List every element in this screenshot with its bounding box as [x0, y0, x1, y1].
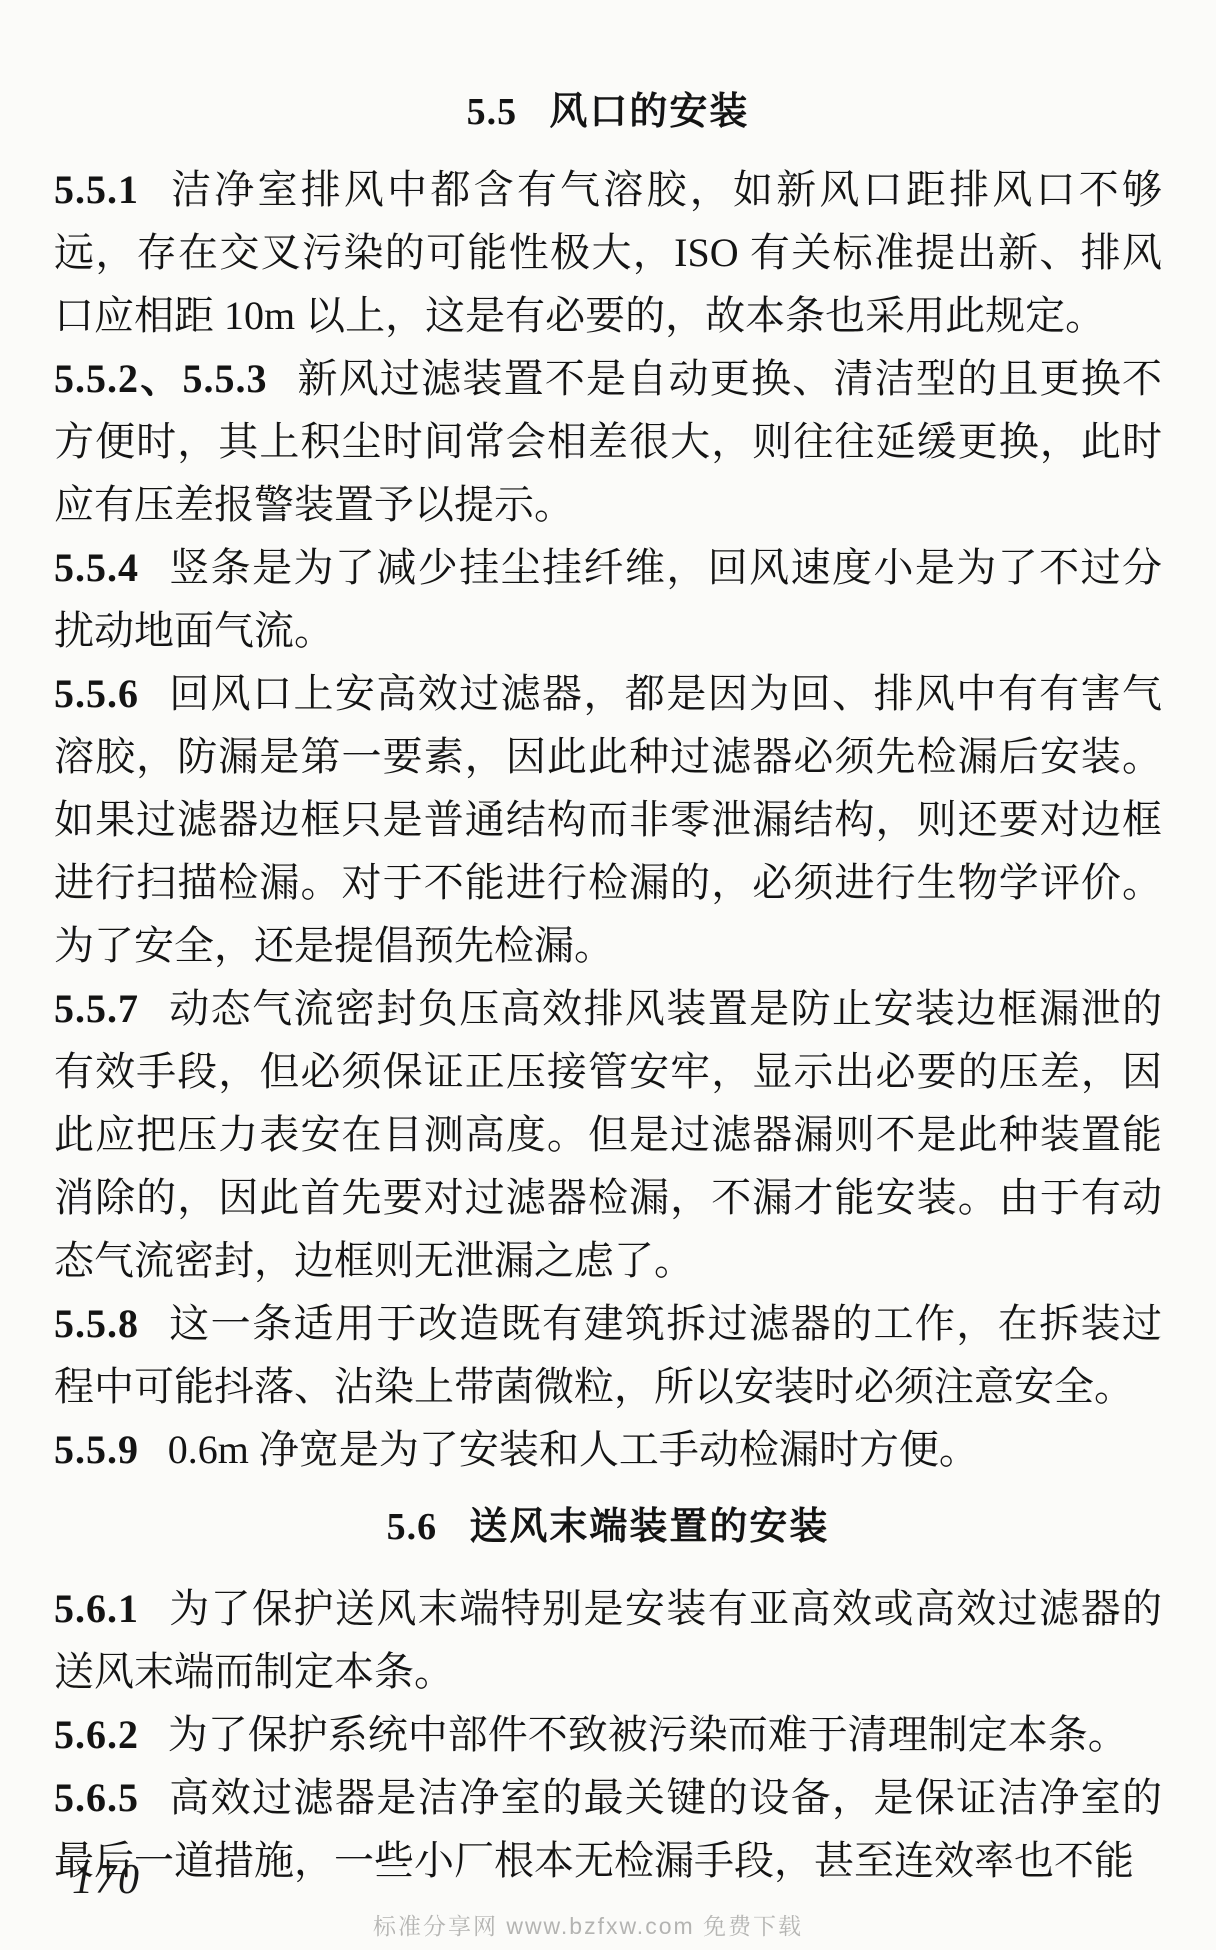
clause-5-6-5: 5.6.5高效过滤器是洁净室的最关键的设备，是保证洁净室的最后一道措施，一些小厂…: [54, 1766, 1162, 1892]
clause-5-5-1: 5.5.1洁净室排风中都含有气溶胶，如新风口距排风口不够远，存在交叉污染的可能性…: [54, 158, 1162, 347]
section-5-6-body: 5.6.1为了保护送风末端特别是安装有亚高效或高效过滤器的送风末端而制定本条。 …: [54, 1577, 1162, 1892]
clause-5-5-7: 5.5.7动态气流密封负压高效排风装置是防止安装边框漏泄的有效手段，但必须保证正…: [54, 977, 1162, 1292]
clause-5-6-5-text: 高效过滤器是洁净室的最关键的设备，是保证洁净室的最后一道措施，一些小厂根本无检漏…: [54, 1775, 1162, 1883]
clause-5-5-8: 5.5.8这一条适用于改造既有建筑拆过滤器的工作，在拆装过程中可能抖落、沾染上带…: [54, 1292, 1162, 1418]
clause-5-5-4: 5.5.4竖条是为了减少挂尘挂纤维，回风速度小是为了不过分扰动地面气流。: [54, 536, 1162, 662]
section-5-5-heading: 5.5风口的安装: [54, 88, 1162, 136]
clause-5-5-9: 5.5.90.6m 净宽是为了安装和人工手动检漏时方便。: [54, 1418, 1162, 1481]
clause-5-5-4-text: 竖条是为了减少挂尘挂纤维，回风速度小是为了不过分扰动地面气流。: [54, 545, 1162, 653]
clause-5-5-6-number: 5.5.6: [54, 671, 139, 716]
clause-5-5-1-text: 洁净室排风中都含有气溶胶，如新风口距排风口不够远，存在交叉污染的可能性极大，IS…: [54, 167, 1162, 338]
section-5-5-title: 风口的安装: [549, 91, 749, 133]
section-5-6-heading: 5.6送风末端装置的安装: [54, 1503, 1162, 1551]
clause-5-5-4-number: 5.5.4: [54, 545, 139, 590]
clause-5-5-7-number: 5.5.7: [54, 986, 139, 1031]
clause-5-6-1-text: 为了保护送风末端特别是安装有亚高效或高效过滤器的送风末端而制定本条。: [54, 1586, 1162, 1694]
clause-5-6-1: 5.6.1为了保护送风末端特别是安装有亚高效或高效过滤器的送风末端而制定本条。: [54, 1577, 1162, 1703]
clause-5-5-6-text: 回风口上安高效过滤器，都是因为回、排风中有有害气溶胶，防漏是第一要素，因此此种过…: [54, 671, 1162, 968]
section-5-5-number: 5.5: [467, 91, 518, 133]
clause-5-5-1-number: 5.5.1: [54, 167, 139, 212]
clause-5-5-8-text: 这一条适用于改造既有建筑拆过滤器的工作，在拆装过程中可能抖落、沾染上带菌微粒，所…: [54, 1301, 1162, 1409]
section-5-6-number: 5.6: [387, 1506, 438, 1548]
clause-5-6-2-text: 为了保护系统中部件不致被污染而难于清理制定本条。: [168, 1712, 1128, 1757]
clause-5-5-9-number: 5.5.9: [54, 1427, 139, 1472]
clause-5-5-9-text: 0.6m 净宽是为了安装和人工手动检漏时方便。: [168, 1427, 979, 1472]
scanned-document-page: 5.5风口的安装 5.5.1洁净室排风中都含有气溶胶，如新风口距排风口不够远，存…: [0, 0, 1216, 1950]
watermark-text: 标准分享网 www.bzfxw.com 免费下载: [0, 1908, 1176, 1941]
section-5-6-title: 送风末端装置的安装: [469, 1506, 829, 1548]
clause-5-6-2-number: 5.6.2: [54, 1712, 139, 1757]
clause-5-5-2-3: 5.5.2、5.5.3新风过滤装置不是自动更换、清洁型的且更换不方便时，其上积尘…: [54, 347, 1162, 536]
clause-5-5-8-number: 5.5.8: [54, 1301, 139, 1346]
clause-5-5-6: 5.5.6回风口上安高效过滤器，都是因为回、排风中有有害气溶胶，防漏是第一要素，…: [54, 662, 1162, 977]
clause-5-6-2: 5.6.2为了保护系统中部件不致被污染而难于清理制定本条。: [54, 1703, 1162, 1766]
clause-5-6-5-number: 5.6.5: [54, 1775, 139, 1820]
clause-5-5-2-3-number: 5.5.2、5.5.3: [54, 356, 267, 401]
section-5-5-body: 5.5.1洁净室排风中都含有气溶胶，如新风口距排风口不够远，存在交叉污染的可能性…: [54, 158, 1162, 1481]
clause-5-6-1-number: 5.6.1: [54, 1586, 139, 1631]
page-number: 170: [72, 1856, 141, 1904]
clause-5-5-7-text: 动态气流密封负压高效排风装置是防止安装边框漏泄的有效手段，但必须保证正压接管安牢…: [54, 986, 1162, 1283]
